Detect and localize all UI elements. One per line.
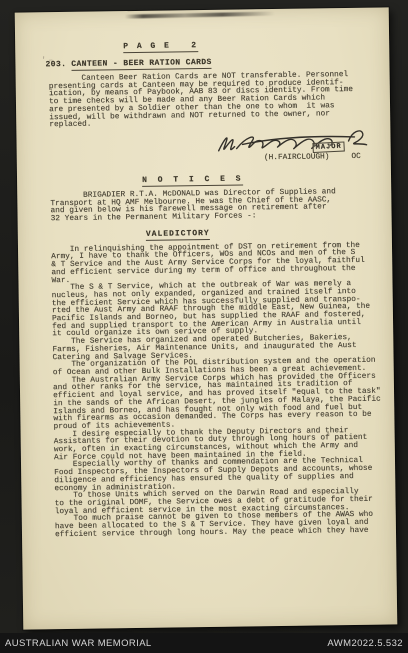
valedictory-body: In relinquishing the appointment of DST … — [18, 242, 396, 540]
archive-caption-bar: AUSTRALIAN WAR MEMORIAL AWM2022.5.532 — [0, 633, 408, 653]
signature-block: MAJOR (H.FAIRCLOUGH)OC — [16, 128, 378, 171]
institution-label: AUSTRALIAN WAR MEMORIAL — [5, 638, 152, 649]
valedictory-heading: VALEDICTORY — [18, 226, 392, 240]
notices-intro: BRIGADIER R.T.A. McDONALD was Director o… — [17, 188, 391, 224]
page-number-heading: P A G E 2 — [15, 38, 389, 52]
section-title: CANTEEN - BEER RATION CARDS — [71, 58, 212, 71]
major-rank-stamp: MAJOR — [312, 141, 344, 153]
signatory-role: OC — [351, 153, 360, 161]
pencil-mark: '– — [41, 56, 67, 64]
signatory-name: (H.FAIRCLOUGH) — [264, 153, 330, 162]
section-203-body: Canteen Beer Ration Cards are NOT transf… — [16, 71, 391, 130]
section-203-heading: 203.CANTEEN - BEER RATION CARDS — [15, 55, 389, 69]
catalog-number: AWM2022.5.532 — [327, 638, 403, 649]
archive-photo-frame: '– P A G E 2 203.CANTEEN - BEER RATION C… — [0, 0, 408, 653]
notices-heading: N O T I C E S — [17, 172, 391, 186]
photo-background: '– P A G E 2 203.CANTEEN - BEER RATION C… — [0, 0, 408, 633]
notices-heading-text: N O T I C E S — [142, 174, 244, 186]
signature-typed-line: (H.FAIRCLOUGH)OC — [264, 153, 361, 162]
valedictory-heading-text: VALEDICTORY — [146, 229, 210, 241]
document-page: '– P A G E 2 203.CANTEEN - BEER RATION C… — [15, 7, 398, 629]
smudge-mark — [125, 11, 275, 18]
page-number-text: P A G E 2 — [123, 41, 198, 53]
